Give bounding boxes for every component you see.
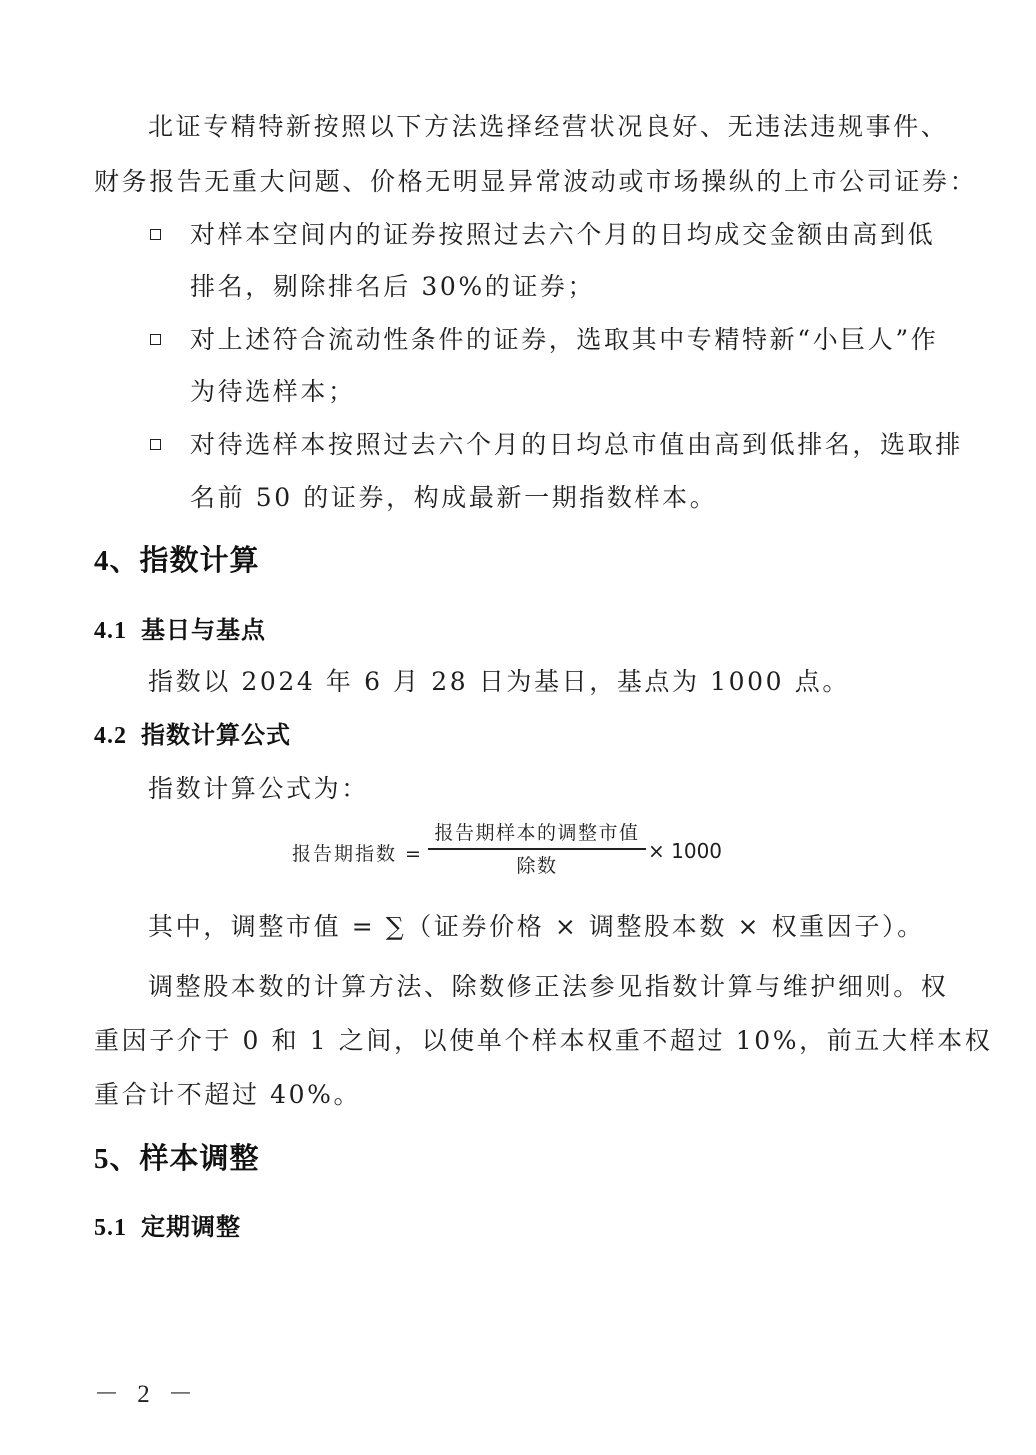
weight-paragraph-line-3: 重合计不超过 40%。 xyxy=(94,1078,361,1112)
bullet-square-icon xyxy=(150,334,161,345)
bullet-square-icon xyxy=(150,229,161,240)
bullet-3-line-1: 对待选样本按照过去六个月的日均总市值由高到低排名，选取排 xyxy=(190,428,963,462)
formula-lhs: 报告期指数 = xyxy=(292,839,423,866)
subsection-4-1-heading: 4.1基日与基点 xyxy=(94,614,266,647)
section-title: 指数计算 xyxy=(140,543,260,577)
section-number: 5、 xyxy=(94,1143,140,1175)
subsection-title: 指数计算公式 xyxy=(141,721,291,749)
bullet-2-line-1: 对上述符合流动性条件的证券，选取其中专精特新“小巨人”作 xyxy=(190,323,938,357)
subsection-5-1-heading: 5.1定期调整 xyxy=(94,1211,241,1244)
formula-denominator: 除数 xyxy=(428,853,646,879)
subsection-title: 基日与基点 xyxy=(141,616,266,644)
intro-line-1: 北证专精特新按照以下方法选择经营状况良好、无违法违规事件、 xyxy=(148,110,948,144)
subsection-number: 4.2 xyxy=(94,723,127,749)
bullet-3-line-2: 名前 50 的证券，构成最新一期指数样本。 xyxy=(190,481,717,515)
formula-fraction: 报告期样本的调整市值 除数 xyxy=(428,820,646,879)
section-title: 样本调整 xyxy=(140,1141,260,1175)
subsection-4-2-heading: 4.2指数计算公式 xyxy=(94,719,291,752)
bullet-square-icon xyxy=(150,439,161,450)
bullet-2-line-2: 为待选样本； xyxy=(190,375,356,409)
page-number: － 2 － xyxy=(94,1374,199,1410)
section-5-heading: 5、样本调整 xyxy=(94,1139,260,1178)
formula-rhs: × 1000 xyxy=(648,839,722,863)
subsection-number: 4.1 xyxy=(94,618,127,644)
section-4-heading: 4、指数计算 xyxy=(94,541,260,580)
adjusted-market-cap-definition: 其中，调整市值 = ∑（证券价格 × 调整股本数 × 权重因子）。 xyxy=(148,910,925,944)
formula-numerator: 报告期样本的调整市值 xyxy=(428,820,646,846)
section-number: 4、 xyxy=(94,545,140,577)
weight-paragraph-line-1: 调整股本数的计算方法、除数修正法参见指数计算与维护细则。权 xyxy=(148,970,948,1004)
base-date-text: 指数以 2024 年 6 月 28 日为基日，基点为 1000 点。 xyxy=(148,665,850,699)
fraction-bar xyxy=(428,848,646,850)
bullet-1-line-2: 排名，剔除排名后 30%的证券； xyxy=(190,270,595,304)
subsection-number: 5.1 xyxy=(94,1215,127,1241)
weight-paragraph-line-2: 重因子介于 0 和 1 之间，以使单个样本权重不超过 10%，前五大样本权 xyxy=(94,1024,992,1058)
subsection-title: 定期调整 xyxy=(141,1213,241,1241)
document-page: 北证专精特新按照以下方法选择经营状况良好、无违法违规事件、 财务报告无重大问题、… xyxy=(0,0,1036,1455)
intro-line-2: 财务报告无重大问题、价格无明显异常波动或市场操纵的上市公司证券： xyxy=(94,165,977,199)
bullet-1-line-1: 对样本空间内的证券按照过去六个月的日均成交金额由高到低 xyxy=(190,218,935,252)
formula-intro: 指数计算公式为： xyxy=(148,772,369,806)
